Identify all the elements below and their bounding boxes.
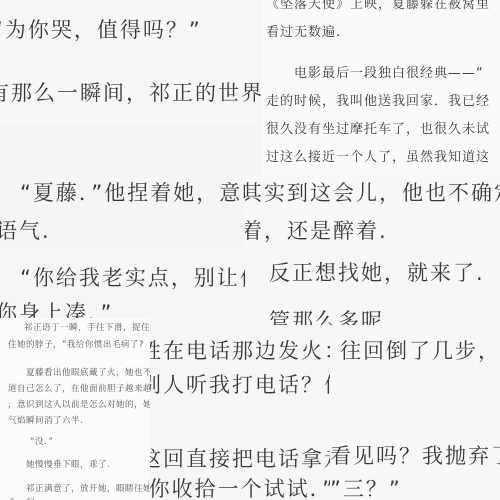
narration-line: 有那么一瞬间，祁正的世界 <box>0 77 264 107</box>
dialogue-line: “为你哭，值得吗？” <box>0 14 202 44</box>
narration-line: 头一扫 <box>8 496 35 500</box>
narration-line: 她慢慢垂下眼，乖了. <box>26 458 110 470</box>
dialogue-line: ”三？” <box>330 473 402 500</box>
dialogue-line: “你给我老实点，别让什么人 <box>20 262 275 292</box>
narration-line: 气焰瞬间消了六半. <box>8 414 83 426</box>
dialogue-line: “夏藤．”他捏着她，意味不明 <box>20 177 275 207</box>
narration-line: 往回倒了几步，对上 <box>340 335 500 365</box>
quote-line: 过这么接近一个人了，虽然我知道这 <box>266 146 490 165</box>
quote-line: 很久没有坐过摩托车了，也很久未试 <box>266 118 490 137</box>
narration-line: 祁正语丁一瞬，手往下滑，捉住 <box>24 321 150 333</box>
text-fragment-low-left: “你给我老实点，别让什么人 你身上凑．” <box>0 245 275 325</box>
narration-line: 道自己怎么了，在他面前胆子越来越大 <box>8 382 150 394</box>
dialogue-line: 住她的脖子，“我给你惯出毛病了? <box>8 338 144 350</box>
narration-line: 其实到这会儿，他也不确定他 <box>245 177 500 207</box>
text-fragment-right-bottom: 往回倒了几步，对上 看见吗？我抛弃了一 ”三？” <box>330 325 500 500</box>
text-fragment-small-print: 祁正语丁一瞬，手往下滑，捉住 住她的脖子，“我给你惯出毛病了? 夏藤看出他眼底藏… <box>0 318 150 500</box>
text-fragment-low-right: 反正想找她，就来了. 管那么多呢. <box>245 245 500 325</box>
text-fragment-mid-right: 其实到这会儿，他也不确定他 着，还是醉着. <box>245 175 500 255</box>
text-fragment-mid-left: “夏藤．”他捏着她，意味不明 语气. <box>0 125 275 245</box>
narration-line: 语气. <box>0 215 51 245</box>
narration-line: 着，还是醉着. <box>245 215 388 245</box>
narration-line: 电影最后一段独白很经典——“ <box>294 62 484 81</box>
narration-line: 管那么多呢. <box>269 305 393 325</box>
narration-line: ，意识到这人以前是怎么对她的，她的 <box>8 398 150 410</box>
dialogue-line: “没．” <box>30 435 54 447</box>
narration-line: 胜在电话那边发火： <box>140 335 340 365</box>
narration-line: 夏藤看出他眼底藏了火，她也不知 <box>26 366 150 378</box>
text-fragment-top-right: 《坠落天使》上映，夏藤躲在被窝里 看过无数遍. 电影最后一段独白很经典——“ 走… <box>262 0 500 175</box>
text-fragment-phone-call: 胜在电话那边发火： 别人听我打电话？你也 这回直接把电话拿走， ‘你收拾一个试试… <box>140 325 340 500</box>
text-fragment-top-left: “为你哭，值得吗？” 有那么一瞬间，祁正的世界 <box>0 0 275 125</box>
dialogue-line: ‘你收拾一个试试．” <box>140 473 335 500</box>
narration-line: 祁正满意了，放开她，眼睛往她胸 <box>26 482 150 494</box>
narration-line: 《坠落天使》上映，夏藤躲在被窝里 <box>266 0 490 12</box>
narration-line: 反正想找她，就来了. <box>269 257 485 287</box>
dialogue-line: 别人听我打电话？你也 <box>140 369 340 399</box>
narration-line: 看过无数遍. <box>266 21 341 40</box>
dialogue-line: 看见吗？我抛弃了一 <box>330 440 500 470</box>
narration-line: 这回直接把电话拿走， <box>140 443 340 473</box>
quote-line: 走的时候，我叫他送我回家．我已经 <box>266 90 490 109</box>
